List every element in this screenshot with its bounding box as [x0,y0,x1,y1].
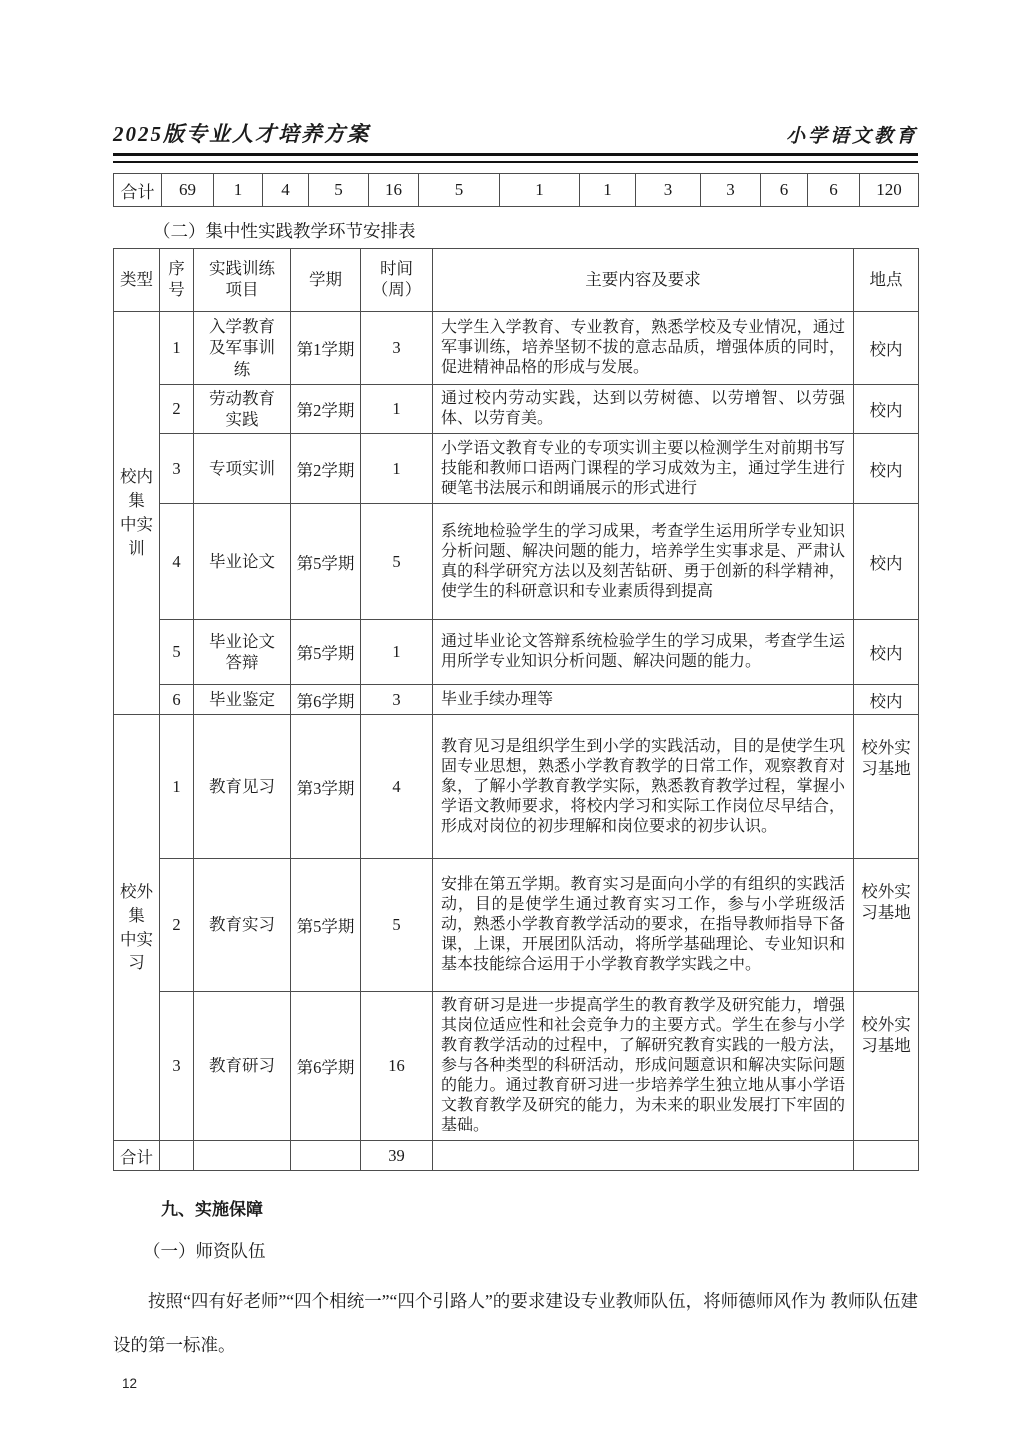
col-header-location: 地点 [854,249,919,312]
cell-location: 校外实 习基地 [854,859,919,992]
summary-cell: 1 [500,174,580,207]
cell-weeks: 1 [361,434,433,504]
cell-content: 安排在第五学期。教育实习是面向小学的有组织的实践活动，目的是使学生通过教育实习工… [433,859,854,992]
col-header-semester: 学期 [291,249,361,312]
cell-semester: 第3学期 [291,715,361,859]
cell-semester: 第1学期 [291,312,361,385]
cell-location: 校内 [854,312,919,385]
col-header-type: 类型 [114,249,160,312]
cell-no: 5 [160,620,194,685]
cell-semester: 第2学期 [291,385,361,434]
table-row: 校外 集 中实 习 1 教育见习 第3学期 4 教育见习是组织学生到小学的实践活… [114,715,919,859]
cell-semester: 第2学期 [291,434,361,504]
cell-content: 教育见习是组织学生到小学的实践活动，目的是使学生巩固专业思想，熟悉小学教育教学的… [433,715,854,859]
cell-location: 校内 [854,685,919,715]
practice-schedule-table: 类型 序 号 实践训练 项目 学期 时间 （周） 主要内容及要求 地点 校内 集… [113,248,919,1171]
document-title: 2025版专业人才培养方案 [113,118,370,148]
cell-project: 教育见习 [194,715,291,859]
summary-cell: 3 [701,174,761,207]
cell-weeks: 5 [361,504,433,620]
cell-no: 6 [160,685,194,715]
col-header-content: 主要内容及要求 [433,249,854,312]
summary-cell: 3 [636,174,701,207]
page-content: 2025版专业人才培养方案 小学语文教育 合计 69 1 4 5 16 5 1 … [113,0,918,1367]
cell-no: 4 [160,504,194,620]
cell-semester: 第5学期 [291,859,361,992]
col-header-no: 序 号 [160,249,194,312]
cell-location: 校外实 习基地 [854,992,919,1141]
summary-row: 合计 69 1 4 5 16 5 1 1 3 3 6 6 120 [114,174,919,207]
table-row: 3 专项实训 第2学期 1 小学语文教育专业的专项实训主要以检测学生对前期书写技… [114,434,919,504]
cell-weeks: 4 [361,715,433,859]
summary-cell: 5 [419,174,500,207]
summary-cell: 1 [580,174,636,207]
cell-no: 1 [160,312,194,385]
summary-cell: 1 [214,174,263,207]
cell-project: 教育实习 [194,859,291,992]
cell-location: 校外实 习基地 [854,715,919,859]
empty-cell [194,1141,291,1171]
cell-semester: 第6学期 [291,685,361,715]
summary-cell: 120 [860,174,919,207]
cell-content: 通过校内劳动实践，达到以劳树德、以劳增智、以劳强体、以劳育美。 [433,385,854,434]
cell-project: 毕业鉴定 [194,685,291,715]
cell-weeks: 16 [361,992,433,1141]
cell-project: 劳动教育实践 [194,385,291,434]
total-label: 合计 [114,1141,160,1171]
cell-content: 系统地检验学生的学习成果，考查学生运用所学专业知识分析问题、解决问题的能力，培养… [433,504,854,620]
document-page: 2025版专业人才培养方案 小学语文教育 合计 69 1 4 5 16 5 1 … [0,0,1024,1448]
body-paragraph: 按照“四有好老师”“四个相统一”“四个引路人”的要求建设专业教师队伍，将师德师风… [113,1279,918,1367]
cell-weeks: 1 [361,385,433,434]
cell-semester: 第6学期 [291,992,361,1141]
heading-implementation: 九、实施保障 [113,1195,918,1220]
heading-faculty: （一）师资队伍 [113,1238,918,1263]
summary-totals-table: 合计 69 1 4 5 16 5 1 1 3 3 6 6 120 [113,173,919,207]
cell-weeks: 5 [361,859,433,992]
summary-cell: 4 [263,174,309,207]
empty-cell [433,1141,854,1171]
empty-cell [854,1141,919,1171]
cell-semester: 第5学期 [291,620,361,685]
cell-location: 校内 [854,620,919,685]
cell-no: 2 [160,385,194,434]
total-weeks: 39 [361,1141,433,1171]
table-row: 4 毕业论文 第5学期 5 系统地检验学生的学习成果，考查学生运用所学专业知识分… [114,504,919,620]
cell-content: 大学生入学教育、专业教育，熟悉学校及专业情况，通过军事训练，培养坚韧不拔的意志品… [433,312,854,385]
page-number: 12 [122,1376,137,1391]
cell-project: 专项实训 [194,434,291,504]
summary-cell: 合计 [114,174,162,207]
summary-cell: 6 [808,174,860,207]
summary-cell: 5 [309,174,369,207]
cell-no: 3 [160,992,194,1141]
cell-weeks: 1 [361,620,433,685]
col-header-project: 实践训练 项目 [194,249,291,312]
cell-project: 教育研习 [194,992,291,1141]
cell-no: 2 [160,859,194,992]
type-group-campus: 校内 集 中实 训 [114,312,160,715]
table-row: 2 劳动教育实践 第2学期 1 通过校内劳动实践，达到以劳树德、以劳增智、以劳强… [114,385,919,434]
summary-cell: 6 [761,174,808,207]
table-row: 2 教育实习 第5学期 5 安排在第五学期。教育实习是面向小学的有组织的实践活动… [114,859,919,992]
empty-cell [160,1141,194,1171]
cell-project: 入学教育及军事训练 [194,312,291,385]
cell-weeks: 3 [361,685,433,715]
cell-content: 通过毕业论文答辩系统检验学生的学习成果，考查学生运用所学专业知识分析问题、解决问… [433,620,854,685]
table-row: 5 毕业论文答辩 第5学期 1 通过毕业论文答辩系统检验学生的学习成果，考查学生… [114,620,919,685]
cell-weeks: 3 [361,312,433,385]
table-row: 校内 集 中实 训 1 入学教育及军事训练 第1学期 3 大学生入学教育、专业教… [114,312,919,385]
table-header-row: 类型 序 号 实践训练 项目 学期 时间 （周） 主要内容及要求 地点 [114,249,919,312]
cell-project: 毕业论文 [194,504,291,620]
program-name: 小学语文教育 [786,121,918,148]
cell-content: 小学语文教育专业的专项实训主要以检测学生对前期书写技能和教师口语两门课程的学习成… [433,434,854,504]
cell-location: 校内 [854,504,919,620]
cell-semester: 第5学期 [291,504,361,620]
table-row: 6 毕业鉴定 第6学期 3 毕业手续办理等 校内 [114,685,919,715]
cell-content: 教育研习是进一步提高学生的教育教学及研究能力，增强其岗位适应性和社会竞争力的主要… [433,992,854,1141]
type-group-offcampus: 校外 集 中实 习 [114,715,160,1141]
running-header: 2025版专业人才培养方案 小学语文教育 [113,118,918,148]
section-heading: （二）集中性实践教学环节安排表 [113,218,918,243]
header-rule [113,153,918,163]
summary-cell: 16 [369,174,419,207]
cell-project: 毕业论文答辩 [194,620,291,685]
cell-no: 1 [160,715,194,859]
empty-cell [291,1141,361,1171]
col-header-weeks: 时间 （周） [361,249,433,312]
summary-cell: 69 [162,174,214,207]
cell-location: 校内 [854,434,919,504]
cell-location: 校内 [854,385,919,434]
table-row: 3 教育研习 第6学期 16 教育研习是进一步提高学生的教育教学及研究能力，增强… [114,992,919,1141]
table-total-row: 合计 39 [114,1141,919,1171]
cell-content: 毕业手续办理等 [433,685,854,715]
cell-no: 3 [160,434,194,504]
